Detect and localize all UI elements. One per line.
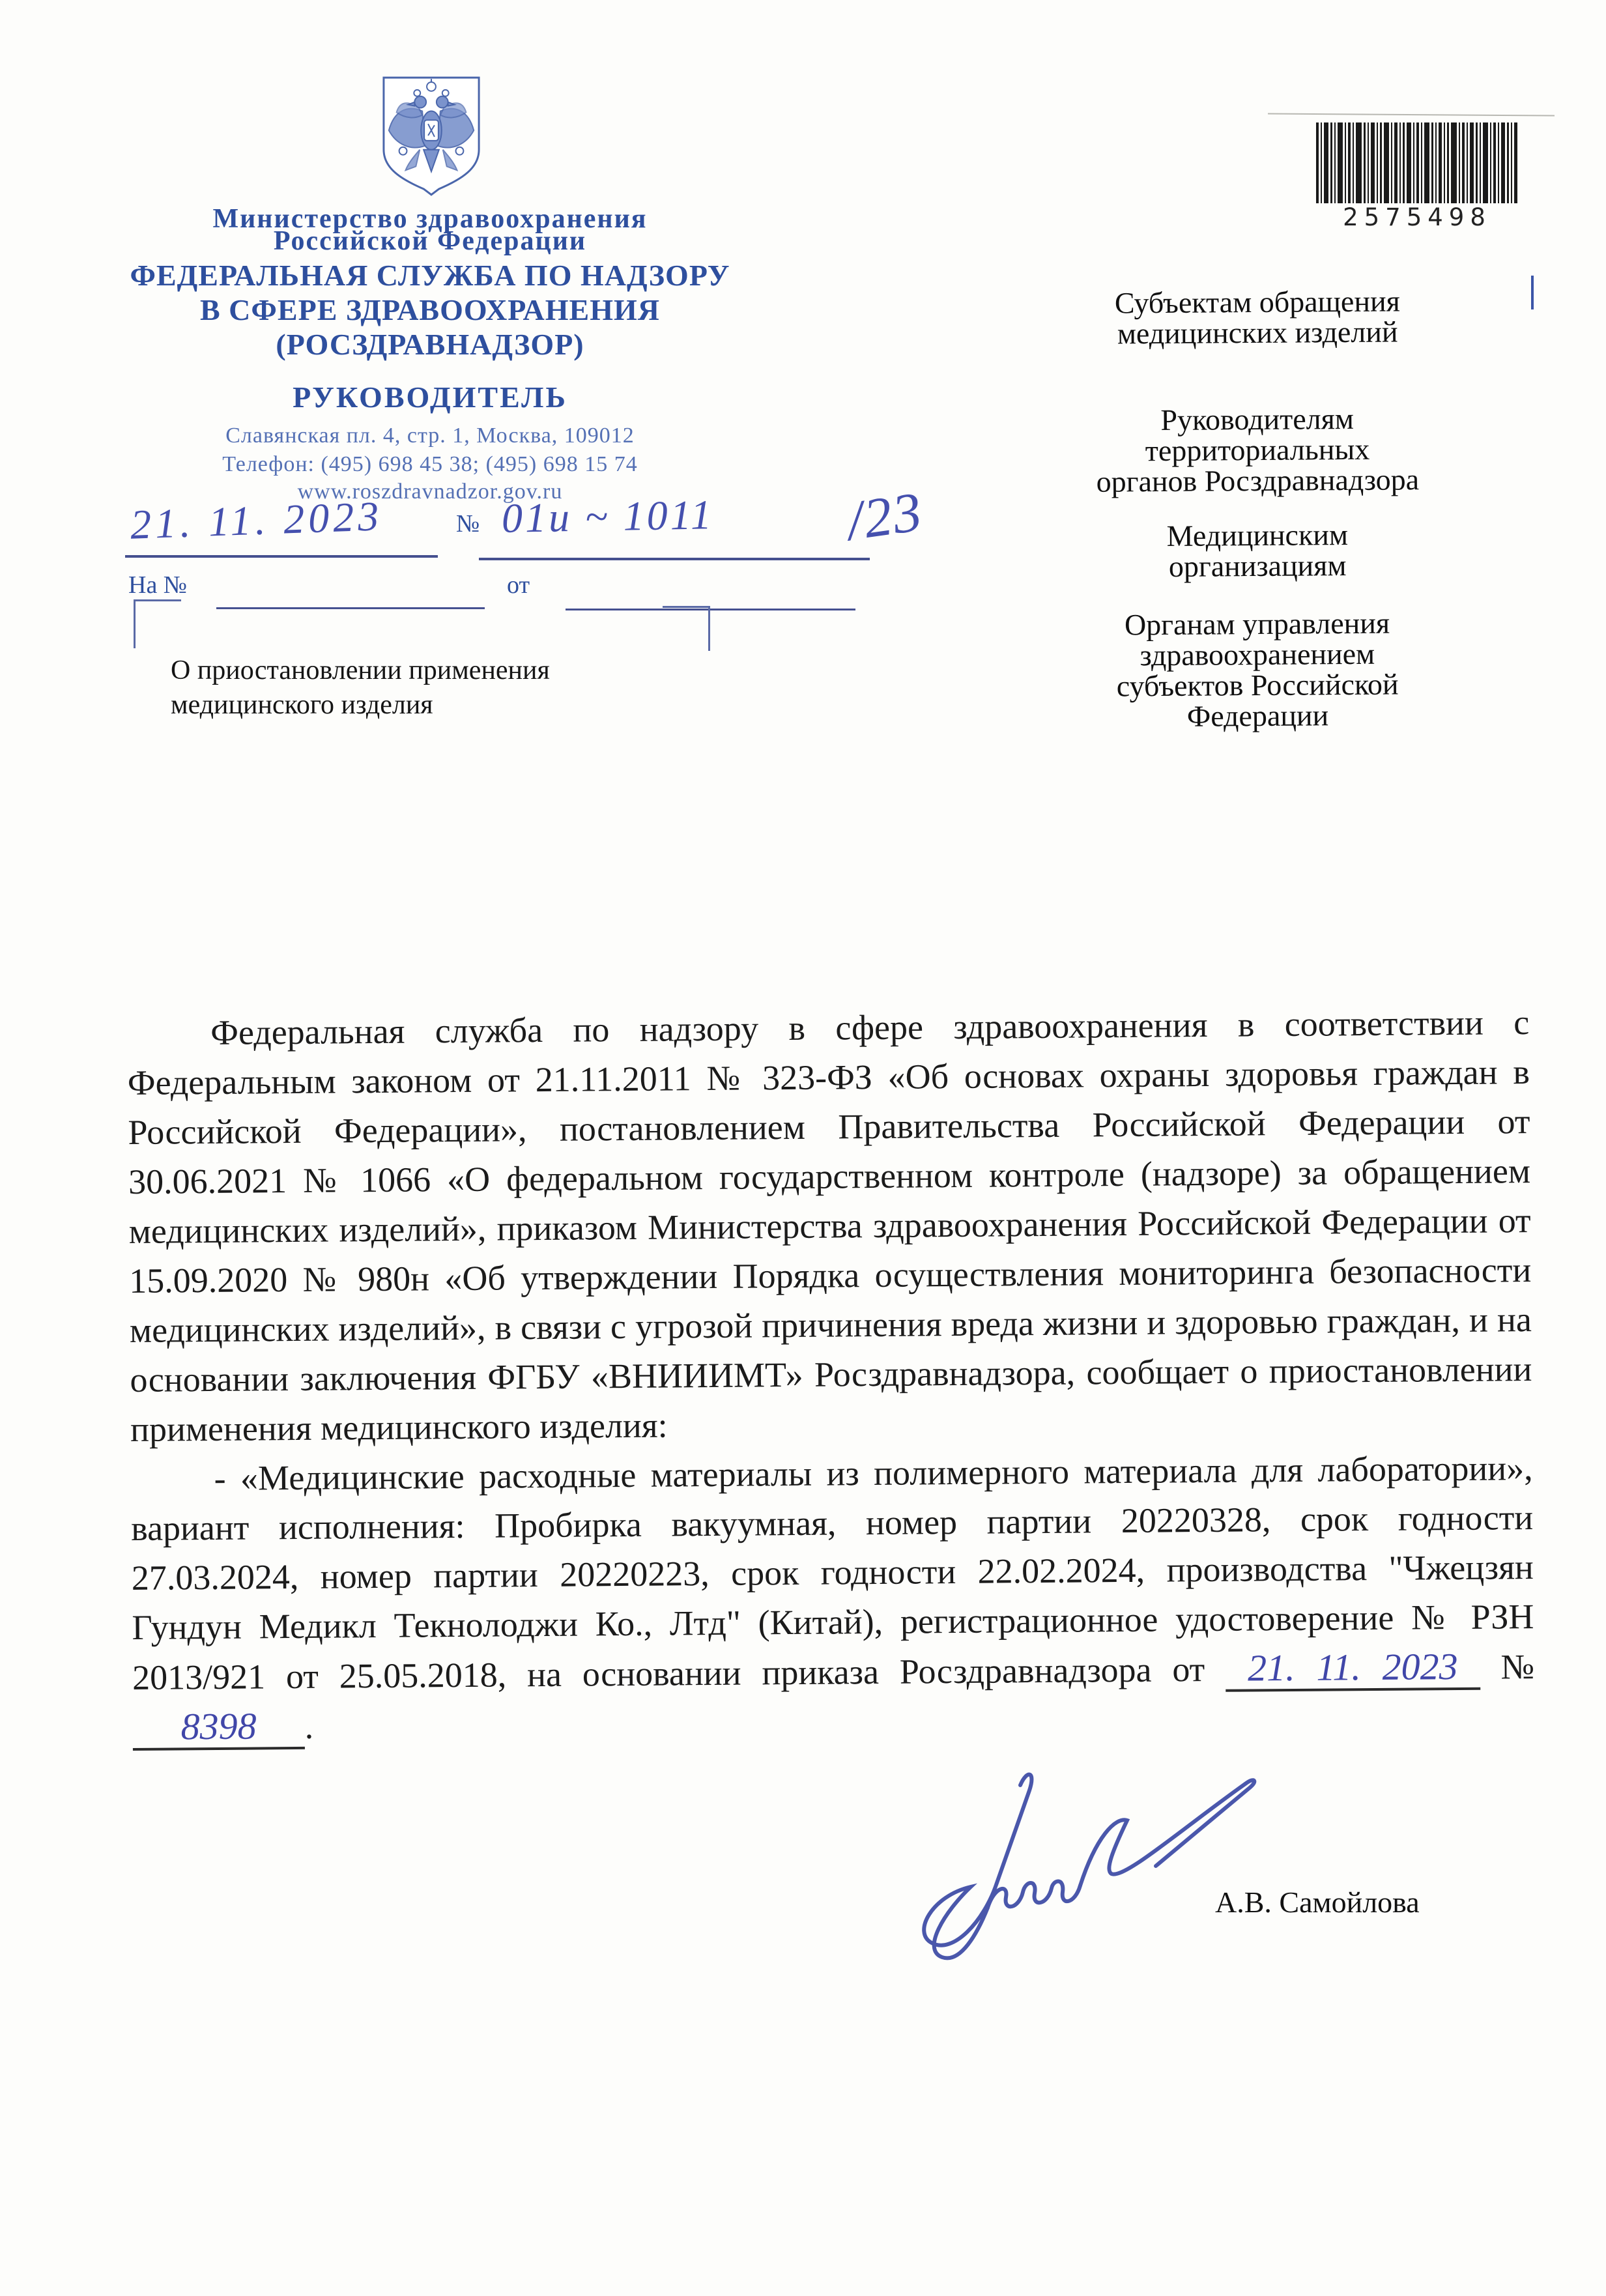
body-paragraph-1: Федеральная служба по надзору в сфере зд…: [127, 997, 1532, 1454]
reply-number-underline: [216, 607, 485, 609]
position-title: РУКОВОДИТЕЛЬ: [124, 380, 736, 414]
reply-from-label: от: [507, 571, 530, 599]
handwritten-number-suffix: /23: [843, 478, 927, 553]
recipient-line: Руководителям: [1007, 402, 1508, 436]
ministry-name-line2: Российской Федерации: [124, 225, 736, 257]
signer-name: А.В. Самойлова: [1215, 1885, 1420, 1919]
service-name-line2: В СФЕРЕ ЗДРАВООХРАНЕНИЯ: [124, 293, 736, 327]
handwritten-outgoing-number: 01и ~ 1011: [501, 491, 714, 543]
number-sign: №: [456, 509, 480, 538]
subject-line2: медицинского изделия: [171, 688, 433, 723]
recipient-block-3: Медицинским организациям: [1007, 518, 1509, 582]
org-phone: Телефон: (495) 698 45 38; (495) 698 15 7…: [124, 452, 736, 477]
corner-mark-left: [134, 599, 181, 648]
handwritten-order-date: 21. 11. 2023: [1226, 1645, 1480, 1692]
recipient-line: медицинских изделий: [1007, 315, 1508, 349]
order-number-sign: №: [1500, 1647, 1534, 1686]
russian-coat-of-arms-icon: [380, 73, 483, 198]
margin-tick-mark: [1531, 276, 1534, 309]
barcode-number: 2575498: [1310, 203, 1525, 231]
reply-date-underline: [566, 609, 855, 610]
service-name-line3: (РОСЗДРАВНАДЗОР): [124, 327, 736, 362]
number-underline: [479, 558, 870, 560]
letter-body: Федеральная служба по надзору в сфере зд…: [127, 997, 1535, 1753]
corner-mark-right: [663, 606, 710, 651]
reply-to-label: На №: [128, 571, 187, 599]
subject-line1: О приостановлении применения: [171, 653, 550, 688]
org-address: Славянская пл. 4, стр. 1, Москва, 109012: [124, 423, 736, 448]
recipient-line: территориальных: [1007, 433, 1508, 466]
handwritten-outgoing-date: 21. 11. 2023: [130, 492, 384, 549]
barcode-icon: [1316, 122, 1518, 203]
recipient-block-1: Субъектам обращения медицинских изделий: [1007, 285, 1509, 349]
recipient-line: Субъектам обращения: [1007, 285, 1508, 319]
recipient-line: организациям: [1007, 549, 1508, 582]
handwritten-order-number: 8398: [132, 1704, 305, 1751]
service-name-line1: ФЕДЕРАЛЬНАЯ СЛУЖБА ПО НАДЗОРУ: [124, 258, 736, 293]
signature-icon: [893, 1759, 1270, 1974]
body-paragraph-2: - «Медицинские расходные материалы из по…: [130, 1443, 1535, 1753]
recipient-line: Медицинским: [1007, 518, 1508, 552]
recipient-line: здравоохранением: [1007, 637, 1508, 671]
recipient-line: Федерации: [1007, 698, 1508, 732]
closing-period: .: [304, 1707, 313, 1746]
recipient-line: Органам управления: [1006, 607, 1508, 640]
recipient-line: органов Росздравнадзора: [1007, 463, 1508, 497]
recipient-block-4: Органам управления здравоохранением субъ…: [1006, 607, 1508, 732]
recipient-block-2: Руководителям территориальных органов Ро…: [1007, 402, 1509, 497]
scan-artifact-line: [1268, 113, 1555, 116]
recipient-line: субъектов Российской: [1007, 668, 1508, 702]
date-underline: [125, 555, 438, 558]
